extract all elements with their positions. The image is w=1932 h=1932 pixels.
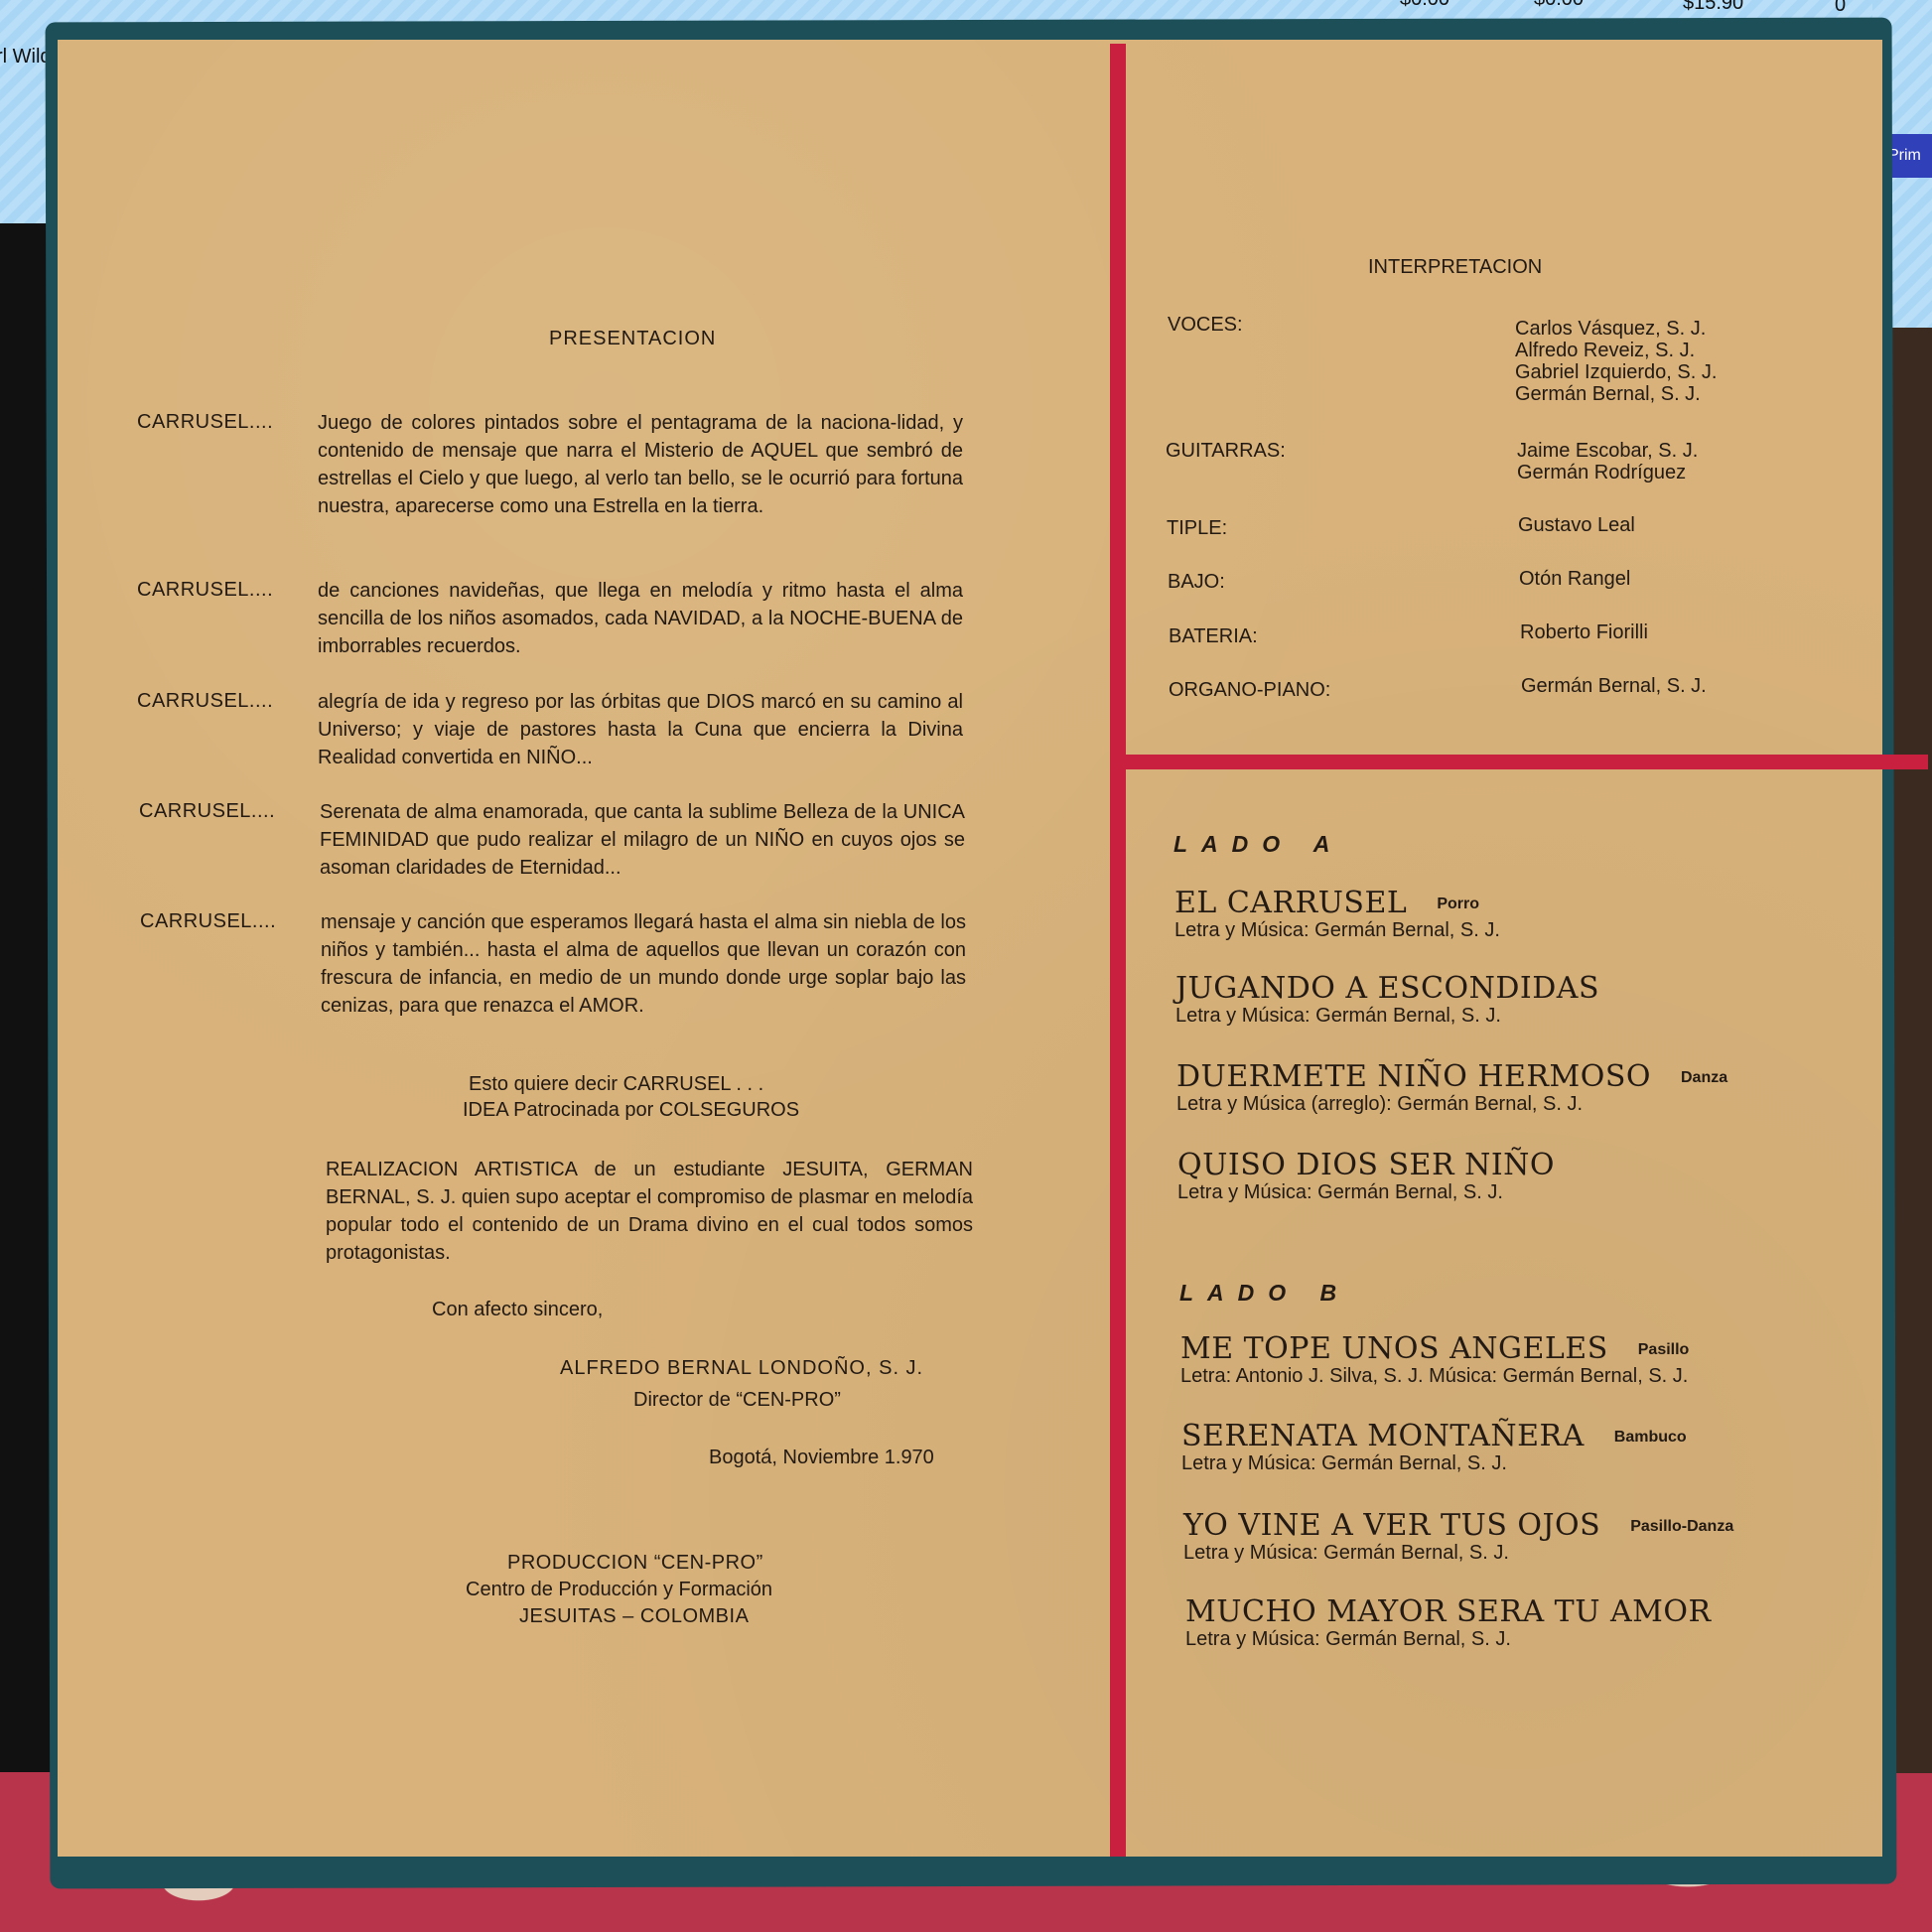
track-title: DUERMETE NIÑO HERMOSO: [1176, 1059, 1651, 1094]
track-title: ME TOPE UNOS ANGELES: [1180, 1331, 1608, 1366]
production-origin: JESUITAS – COLOMBIA: [519, 1605, 749, 1628]
track-genre: Danza: [1681, 1069, 1727, 1086]
track-credit: Letra y Música: Germán Bernal, S. J.: [1185, 1628, 1741, 1650]
role-names: Germán Bernal, S. J.: [1521, 675, 1707, 697]
track: DUERMETE NIÑO HERMOSODanza Letra y Músic…: [1176, 1061, 1727, 1115]
track: JUGANDO A ESCONDIDAS Letra y Música: Ger…: [1175, 973, 1629, 1027]
presentation-title: PRESENTACION: [549, 328, 716, 350]
role-label: ORGANO-PIANO:: [1169, 679, 1330, 702]
signer-role: Director de “CEN-PRO”: [633, 1389, 841, 1412]
performer-name: Gabriel Izquierdo, S. J.: [1515, 361, 1717, 383]
screen-partial-text: rl Wild: [0, 46, 52, 69]
production-subtitle: Centro de Producción y Formación: [466, 1579, 772, 1601]
role-label: VOCES:: [1168, 314, 1243, 337]
place-date: Bogotá, Noviembre 1.970: [709, 1447, 934, 1469]
stanza: CARRUSEL.... mensaje y canción que esper…: [140, 908, 1034, 1020]
stanza-text: mensaje y canción que esperamos llegará …: [321, 908, 966, 1020]
track-genre: Bambuco: [1614, 1429, 1687, 1446]
stanza-label: CARRUSEL....: [137, 688, 318, 771]
track-genre: Pasillo-Danza: [1630, 1518, 1733, 1535]
performer-name: Otón Rangel: [1519, 568, 1630, 590]
stanza: CARRUSEL.... Juego de colores pintados s…: [137, 409, 1031, 520]
signer-name: ALFREDO BERNAL LONDOÑO, S. J.: [560, 1357, 923, 1380]
stanza-label: CARRUSEL....: [139, 798, 320, 882]
screen-value: $15.90: [1683, 0, 1743, 15]
track-title: MUCHO MAYOR SERA TU AMOR: [1185, 1594, 1712, 1629]
performer-name: Germán Bernal, S. J.: [1515, 383, 1717, 405]
track-credit: Letra y Música: Germán Bernal, S. J.: [1177, 1181, 1585, 1203]
side-a-title: LADO A: [1173, 831, 1343, 858]
red-vertical-rule: [1110, 44, 1126, 1857]
role-names: Carlos Vásquez, S. J. Alfredo Reveiz, S.…: [1515, 318, 1717, 405]
realizacion-paragraph: REALIZACION ARTISTICA de un estudiante J…: [326, 1156, 973, 1267]
role-label: TIPLE:: [1167, 517, 1227, 540]
track-credit: Letra y Música: Germán Bernal, S. J.: [1175, 1005, 1629, 1027]
performer-name: Carlos Vásquez, S. J.: [1515, 318, 1717, 340]
role-label: BATERIA:: [1169, 625, 1258, 648]
track-title: JUGANDO A ESCONDIDAS: [1175, 971, 1599, 1006]
stanza-label: CARRUSEL....: [137, 409, 318, 520]
stanza-text: alegría de ida y regreso por las órbitas…: [318, 688, 963, 771]
stanza: CARRUSEL.... de canciones navideñas, que…: [137, 577, 1031, 660]
stanza: CARRUSEL.... alegría de ida y regreso po…: [137, 688, 1031, 771]
side-b-title: LADO B: [1179, 1280, 1350, 1307]
track-genre: Pasillo: [1638, 1341, 1690, 1358]
track-title: EL CARRUSEL: [1174, 886, 1407, 920]
performer-name: Germán Bernal, S. J.: [1521, 675, 1707, 697]
sponsor-line: IDEA Patrocinada por COLSEGUROS: [463, 1099, 799, 1122]
screen-value: 0: [1835, 0, 1846, 17]
track: QUISO DIOS SER NIÑO Letra y Música: Germ…: [1177, 1150, 1585, 1203]
track-credit: Letra y Música: Germán Bernal, S. J.: [1181, 1452, 1687, 1474]
screen-value: $0.00: [1400, 0, 1449, 11]
role-label: BAJO:: [1168, 571, 1225, 594]
track-credit: Letra y Música: Germán Bernal, S. J.: [1174, 919, 1500, 941]
track-title: YO VINE A VER TUS OJOS: [1183, 1508, 1600, 1543]
performer-name: Jaime Escobar, S. J.: [1517, 440, 1698, 462]
performer-name: Roberto Fiorilli: [1520, 621, 1648, 643]
stanza-text: Serenata de alma enamorada, que canta la…: [320, 798, 965, 882]
track-title: SERENATA MONTAÑERA: [1181, 1419, 1585, 1453]
track-title: QUISO DIOS SER NIÑO: [1177, 1148, 1555, 1182]
performer-name: Germán Rodríguez: [1517, 462, 1698, 483]
stanza: CARRUSEL.... Serenata de alma enamorada,…: [139, 798, 1033, 882]
production-title: PRODUCCION “CEN-PRO”: [507, 1552, 763, 1575]
stanza-text: de canciones navideñas, que llega en mel…: [318, 577, 963, 660]
track: SERENATA MONTAÑERABambuco Letra y Música…: [1181, 1421, 1687, 1474]
role-names: Gustavo Leal: [1518, 514, 1635, 536]
track-credit: Letra: Antonio J. Silva, S. J. Música: G…: [1180, 1365, 1689, 1387]
role-names: Otón Rangel: [1519, 568, 1630, 590]
tagline: Esto quiere decir CARRUSEL . . .: [469, 1073, 763, 1096]
track-credit: Letra y Música (arreglo): Germán Bernal,…: [1176, 1093, 1727, 1115]
interpretacion-title: INTERPRETACION: [1368, 256, 1542, 279]
track: ME TOPE UNOS ANGELESPasillo Letra: Anton…: [1180, 1333, 1689, 1387]
role-names: Roberto Fiorilli: [1520, 621, 1648, 643]
track-credit: Letra y Música: Germán Bernal, S. J.: [1183, 1542, 1733, 1564]
role-label: GUITARRAS:: [1166, 440, 1286, 463]
track: MUCHO MAYOR SERA TU AMOR Letra y Música:…: [1185, 1596, 1741, 1650]
stanza-label: CARRUSEL....: [140, 908, 321, 1020]
red-horizontal-rule: [1126, 755, 1928, 769]
stanza-label: CARRUSEL....: [137, 577, 318, 660]
closing-line: Con afecto sincero,: [432, 1299, 603, 1321]
role-names: Jaime Escobar, S. J. Germán Rodríguez: [1517, 440, 1698, 483]
track: YO VINE A VER TUS OJOSPasillo-Danza Letr…: [1183, 1510, 1733, 1564]
performer-name: Gustavo Leal: [1518, 514, 1635, 536]
stanza-text: Juego de colores pintados sobre el penta…: [318, 409, 963, 520]
track-genre: Porro: [1437, 896, 1479, 912]
performer-name: Alfredo Reveiz, S. J.: [1515, 340, 1717, 361]
screen-value: $0.00: [1534, 0, 1584, 11]
track: EL CARRUSELPorro Letra y Música: Germán …: [1174, 888, 1500, 941]
